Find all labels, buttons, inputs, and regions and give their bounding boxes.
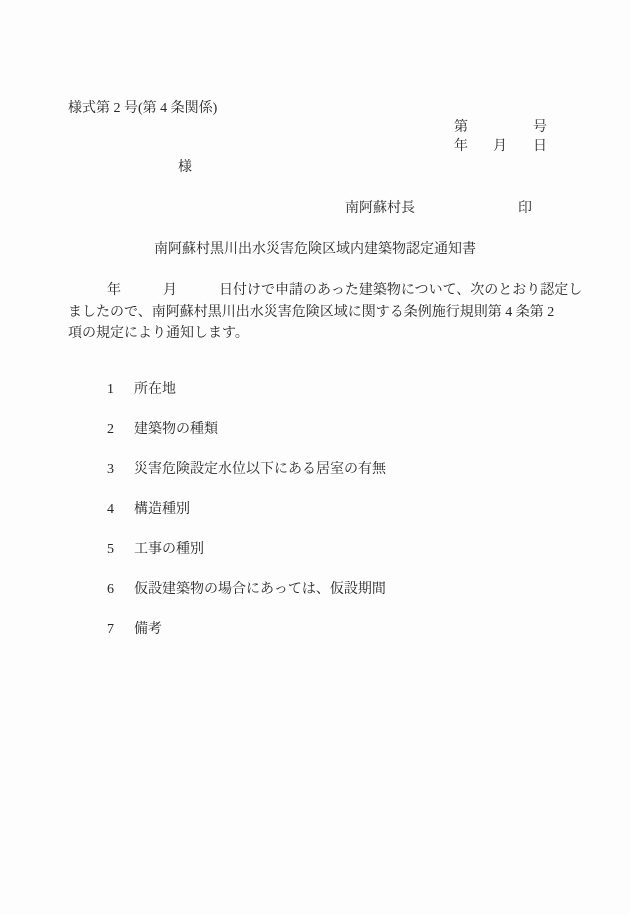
issuer-seal-mark: 印	[518, 201, 532, 216]
list-item-label: 災害危険設定水位以下にある居室の有無	[134, 462, 386, 477]
list-item-label: 備考	[134, 622, 162, 637]
form-number-label: 様式第 2 号(第 4 条関係)	[68, 101, 217, 116]
list-item-number: 7	[107, 622, 134, 637]
list-item-number: 3	[107, 462, 134, 477]
document-page: 様式第 2 号(第 4 条関係) 第 号 年 月 日 様 南阿蘇村長 印 南阿蘇…	[0, 0, 630, 915]
issuer-name: 南阿蘇村長	[345, 201, 415, 216]
list-item-label: 構造種別	[134, 502, 190, 517]
date-month-label: 月	[493, 139, 507, 154]
list-item-number: 6	[107, 582, 134, 597]
list-item-number: 2	[107, 422, 134, 437]
body-paragraph-line-3: 項の規定により通知します。	[68, 326, 249, 341]
list-item-number: 1	[107, 382, 134, 397]
list-item-number: 4	[107, 502, 134, 517]
list-item-remarks: 7備考	[93, 607, 162, 653]
date-year-label: 年	[454, 139, 468, 154]
list-item-label: 工事の種別	[134, 542, 204, 557]
body-paragraph-line-2: ましたので、南阿蘇村黒川出水災害危険区域に関する条例施行規則第 4 条第 2	[68, 305, 554, 320]
doc-number-prefix: 第	[454, 120, 468, 135]
doc-number-suffix: 号	[533, 120, 547, 135]
list-item-label: 建築物の種類	[134, 422, 218, 437]
list-item-label: 所在地	[134, 382, 176, 397]
body-paragraph-line-1: 年 月 日付けで申請のあった建築物について、次のとおり認定し	[107, 283, 582, 298]
date-day-label: 日	[533, 139, 547, 154]
list-item-number: 5	[107, 542, 134, 557]
document-title: 南阿蘇村黒川出水災害危険区域内建築物認定通知書	[0, 242, 630, 257]
addressee-honorific: 様	[178, 160, 192, 175]
list-item-label: 仮設建築物の場合にあっては、仮設期間	[134, 582, 386, 597]
